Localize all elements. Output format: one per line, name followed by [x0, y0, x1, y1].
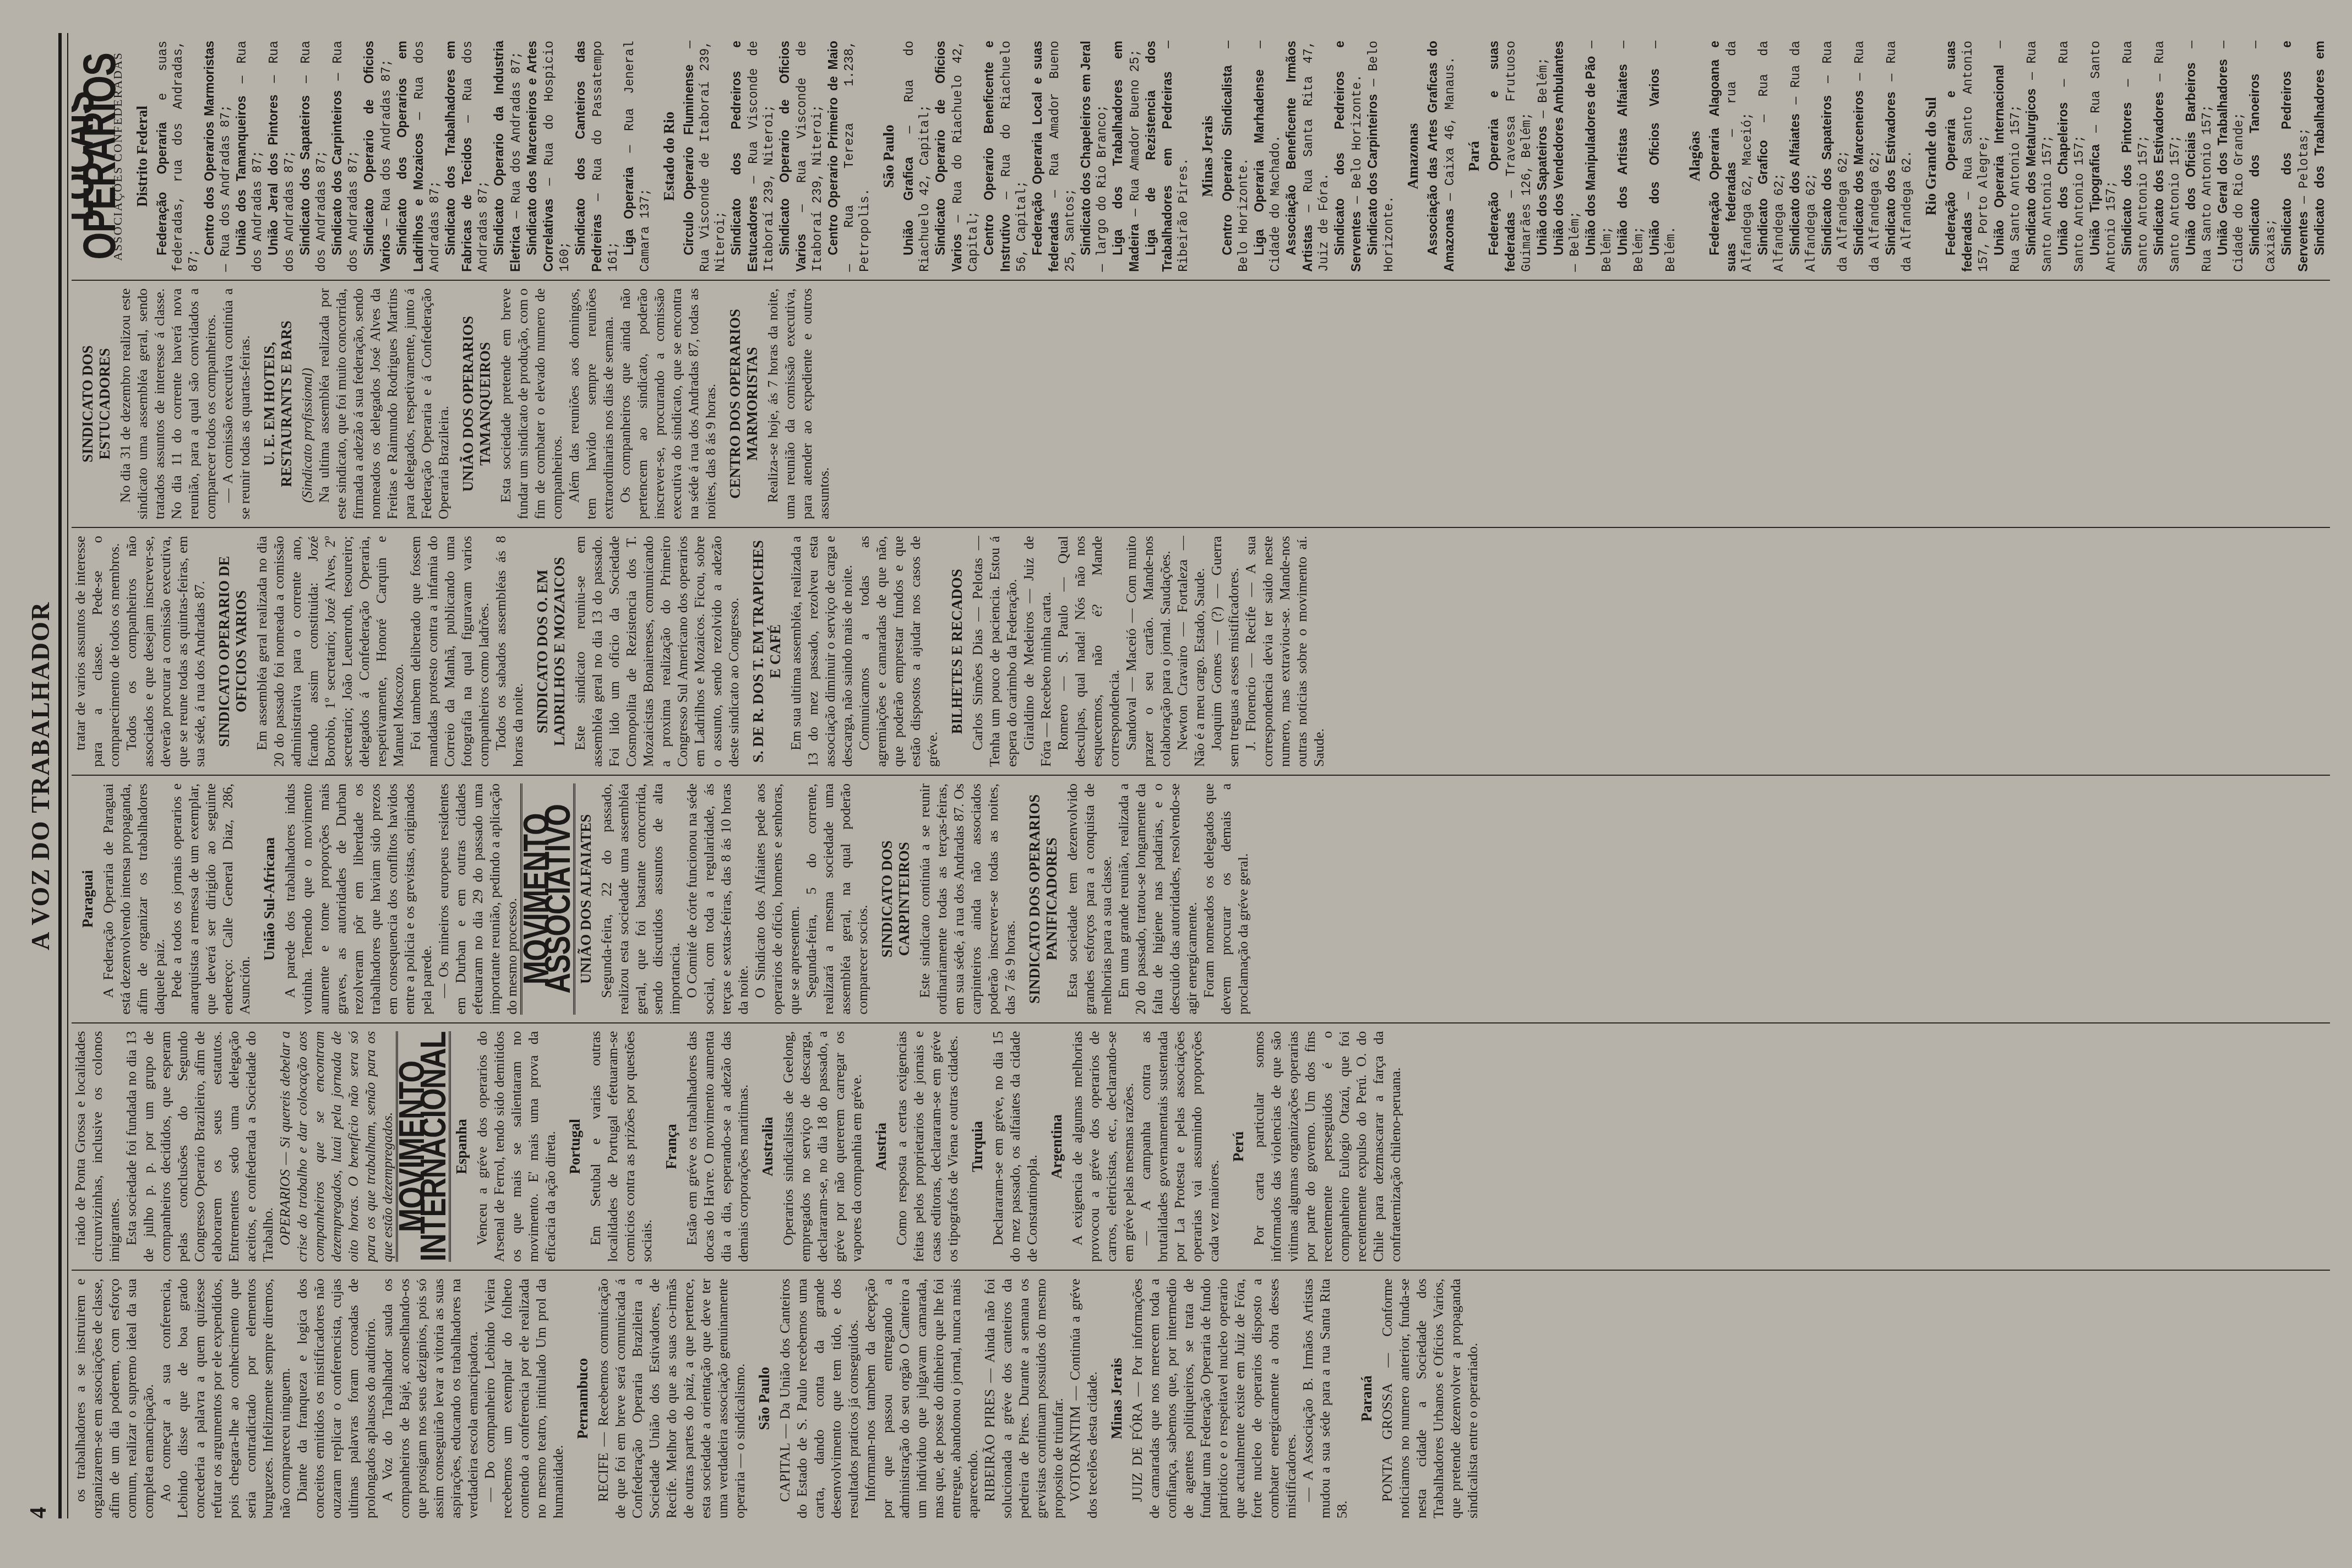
- association-name: Sindicato dos Tanoeiros: [2247, 74, 2262, 255]
- article-paragraph: JUIZ DE FÓRA — Por informações de camara…: [1129, 1278, 1299, 1518]
- section-heading: União Sul-Africana: [261, 783, 278, 1015]
- article-paragraph: Operarios sindicalistas de Geelong, empr…: [780, 1031, 865, 1262]
- section-heading: Turquia: [969, 1031, 986, 1262]
- association-entry: Sindicato dos Metalurgicos — Rua Santo A…: [2023, 41, 2055, 272]
- article-paragraph: Este sindicato reuniu-se em assembléa ge…: [571, 536, 742, 767]
- association-name: Liga Operaria Marhadense: [1252, 69, 1266, 255]
- article-paragraph: Comunicamos a todas as agremiações e cam…: [856, 536, 941, 767]
- article-paragraph: RECIFE — Recebemos comunicação de que fo…: [595, 1278, 748, 1518]
- section-heading: Austria: [873, 1031, 890, 1262]
- association-name: Circulo Operario Fluminense: [682, 64, 696, 255]
- association-entry: Federação Operaria e suas federadas, rua…: [154, 41, 202, 272]
- article-paragraph: A Voz do Trabalhador sauda os companheir…: [379, 1278, 481, 1518]
- article-paragraph: Estão em gréve os trabalhadores das doca…: [683, 1031, 752, 1262]
- association-entry: Liga de Rezistencia dos Trabalhadores em…: [1143, 41, 1191, 272]
- column-3: ParaguaiA Federação Operaria de Paraguai…: [72, 776, 2330, 1023]
- section-heading: Pernambuco: [574, 1278, 591, 1518]
- association-entry: Sindicato dos Estivadores — Rua da Alfan…: [1883, 41, 1915, 272]
- association-name: Sindicato dos Sapateiros: [1820, 95, 1834, 255]
- section-heading: Alagôas: [1686, 41, 1703, 272]
- association-entry: União Grafica — Rua do Riachuelo 42, Cap…: [901, 41, 933, 272]
- article-paragraph: Diante da franqueza e logica dos conceit…: [293, 1278, 379, 1518]
- article-paragraph: Segunda-feira, 22 do passado, realizou e…: [598, 783, 683, 1015]
- association-name: Federação Operaria: [155, 122, 169, 255]
- association-entry: Sindicato dos Marceneiros — Rua da Alfan…: [1851, 41, 1883, 272]
- association-name: Sindicato dos Metalurgicos: [2024, 89, 2038, 255]
- association-entry: Federação Operaria e suas federadas — Ru…: [1943, 41, 1991, 272]
- association-entry: Liga Operaria Marhadense — Cidade do Mac…: [1251, 41, 1283, 272]
- columns: os trabalhadores a se instruirem e organ…: [72, 33, 2330, 1518]
- association-address: — Rua Tereza 1.238, Petropolis.: [842, 41, 872, 272]
- association-entry: Sindicato dos Alfaiates — Rua da Alfande…: [1787, 41, 1819, 272]
- association-name: União Geral dos Trabalhadores: [2215, 59, 2230, 255]
- section-heading: São Paulo: [756, 1278, 773, 1518]
- article-paragraph: Giraldino de Medeiros — Juiz de Fóra — R…: [1020, 536, 1054, 767]
- association-name: Centro Operario Primeiro de Maio: [826, 41, 840, 255]
- article-paragraph: Newton Cravairo — Fortaleza — Não é a me…: [1174, 536, 1208, 767]
- association-name: União dos Manipuladores de Pão: [1583, 56, 1598, 255]
- association-entry: União dos Manipuladores de Pão — Belém;: [1583, 41, 1615, 272]
- association-entry: Liga Operaria — Rua Jeneral Camara 137;: [621, 41, 653, 272]
- page-inner: 4 A VOZ DO TRABALHADOR os trabalhadores …: [22, 33, 2330, 1518]
- article-paragraph: Segunda-feira, 5 do corrente, realizará …: [803, 783, 871, 1015]
- section-heading: Rio Grande do Sul: [1923, 41, 1940, 272]
- column-4: tratar de varios assuntos de interesse p…: [72, 528, 2330, 776]
- association-entry: Sindicato dos Pedreiros e Serventes — Pe…: [2279, 41, 2312, 272]
- association-entry: Sindicato dos Pedreiros e Estucadores — …: [728, 41, 777, 272]
- article-paragraph: Esta sociedade tem dezenvolvido grandes …: [1064, 783, 1115, 1015]
- association-entry: Centro dos Operarios Marmoristas — Rua d…: [202, 41, 233, 272]
- association-entry: Associação Beneficente Irmãos Artistas —…: [1283, 41, 1332, 272]
- article-paragraph: Sandoval — Maceió — Com muito prazer o s…: [1123, 536, 1174, 767]
- association-name: Liga Operaria: [622, 167, 636, 255]
- association-name: União dos Tamanqueiros: [234, 96, 248, 255]
- association-entry: Sindicato dos Carpinteiros — Rua dos And…: [329, 41, 361, 272]
- association-name: União Tipografica: [2088, 144, 2102, 255]
- article-paragraph: A parede dos trabalhadores indus votinha…: [281, 783, 435, 1015]
- association-entry: União Operaria Internacional — Rua Santo…: [1991, 41, 2023, 272]
- column-5: SINDICATO DOS ESTUCADORESNo dia 31 de de…: [72, 281, 2330, 529]
- article-paragraph: Carlos Simões Dias — Pelotas — Tenha um …: [969, 536, 1020, 767]
- article-paragraph: PONTA GROSSA — Conforme noticiamos no nu…: [1379, 1278, 1481, 1518]
- article-paragraph: Foi tambem deliberado que fossem mandada…: [407, 536, 492, 767]
- association-entry: Sindicato dos Sapateiros — Rua da Alfand…: [1819, 41, 1851, 272]
- association-name: União Operaria Internacional: [1992, 65, 2006, 255]
- section-heading: Estado do Rio: [661, 41, 678, 272]
- association-address: — Belém;: [1568, 211, 1582, 271]
- section-heading: Minas Jerais: [1108, 1278, 1125, 1518]
- section-heading: U. E. EM HOTEIS, RESTAURANTS E BARS: [261, 288, 295, 520]
- association-name: União dos Artistas Alfaiates: [1615, 64, 1630, 255]
- page-number: 4: [25, 1507, 52, 1518]
- association-entry: Sindicato dos Trabalhadores em Cortume —…: [2312, 41, 2330, 272]
- association-name: União Grafica: [901, 157, 916, 255]
- association-entry: Liga dos Trabalhadores em Madeira — Rua …: [1110, 41, 1143, 272]
- article-paragraph: Foram nomeados os delegados que devem pr…: [1200, 783, 1251, 1015]
- association-name: Liga de Rezistencia dos Trabalhadores em…: [1144, 41, 1174, 272]
- section-heading: SINDICATO DOS OPERARIOS PANIFICADORES: [1026, 783, 1060, 1015]
- association-entry: Associação das Artes Graficas do Amazona…: [1425, 41, 1458, 272]
- section-heading: Perú: [1230, 1031, 1247, 1262]
- association-entry: Sindicato dos Pedreiros e Serventes — Be…: [1332, 41, 1365, 272]
- article-paragraph: J. Florencio — Recife — A sua correspond…: [1242, 536, 1327, 767]
- article-paragraph: tratar de varios assuntos de interesse p…: [72, 536, 123, 767]
- article-paragraph: — A Associação B. Irmãos Artistas mudou …: [1299, 1278, 1351, 1518]
- association-entry: Sindicato dos Estivadores — Rua Santo An…: [2151, 41, 2183, 272]
- association-entry: Sindicato Grafico — Rua da Alfandega 62;: [1755, 41, 1787, 272]
- association-address: — Belo Horizonte.: [1350, 74, 1364, 211]
- association-entry: Centro Operario Primeiro de Maio — Rua T…: [825, 41, 873, 272]
- article-paragraph: OPERARIOS — Si quereis debelar a crise d…: [276, 1031, 396, 1262]
- association-address: — Rua dos Andradas 87;: [509, 51, 524, 226]
- section-heading: França: [663, 1031, 680, 1262]
- association-name: Sindicato dos Pintores: [2120, 102, 2134, 255]
- association-entry: União dos Artistas Alfaiates — Belém;: [1615, 41, 1647, 272]
- association-address: — largo do Rio Branco;: [1095, 105, 1109, 272]
- section-heading: Paraná: [1358, 1278, 1375, 1518]
- association-entry: Sindicato Operario de Oficios Varios — R…: [933, 41, 981, 272]
- association-name: União dos Chapeleiros: [2056, 102, 2070, 255]
- association-address: — Rua Amador Bueno 25;: [1128, 49, 1142, 224]
- article-paragraph: Venceu a gréve dos operarios do Arsenal …: [473, 1031, 559, 1262]
- section-heading: SINDICATO DOS ESTUCADORES: [79, 288, 113, 520]
- section-banner: MOVIMENTO ASSOCIATIVO: [520, 783, 575, 1015]
- association-entry: Sindicato dos Tanoeiros — Caxias;: [2247, 41, 2279, 272]
- association-name: União dos Vendedores Ambulantes: [1551, 41, 1566, 255]
- section-heading: UNIÃO DOS OPERARIOS TAMANQUEIROS: [460, 288, 494, 520]
- article-paragraph: Em assembléa geral realizada no dia 20 d…: [253, 536, 407, 767]
- association-entry: Sindicato dos Pintores — Rua Santo Anton…: [2119, 41, 2151, 272]
- article-paragraph: Em sua ultima assembléa, realizada a 13 …: [787, 536, 856, 767]
- section-heading: SINDICATO DOS O. EM LADRILHOS E MOZAICOS: [534, 536, 568, 767]
- section-heading: S. DE R. DOS T. EM TRAPICHES E CAFÉ: [750, 536, 784, 767]
- association-entry: União Tipografica — Rua Santo Antonio 15…: [2087, 41, 2119, 272]
- article-paragraph: Todos os companheiros não associados e q…: [123, 536, 208, 767]
- section-heading: Portugal: [567, 1031, 584, 1262]
- article-paragraph: Além das reuniões aos domingos, tem havi…: [565, 288, 617, 520]
- article-paragraph: Joaquim Gomes — (?) — Guerra sem treguas…: [1208, 536, 1242, 767]
- article-paragraph: Por carta particular somos informados da…: [1250, 1031, 1404, 1262]
- association-name: Sindicato dos Carpinteiros: [330, 90, 344, 255]
- article-paragraph: Realiza-se hoje, ás 7 horas da noite, um…: [764, 288, 832, 520]
- article-paragraph: No dia 31 de dezembro realizou este sind…: [117, 288, 219, 520]
- association-address: — Belém;: [1536, 57, 1550, 126]
- masthead-title: A VOZ DO TRABALHADOR: [26, 601, 55, 950]
- association-entry: Circulo Operario Fluminense — Rua Viscon…: [681, 41, 728, 272]
- association-entry: Sindicato dos Carpinteiros — Belo Horizo…: [1365, 41, 1397, 272]
- article-paragraph: O Comité de córte funcionou na séde soci…: [683, 783, 752, 1015]
- article-paragraph: Romero — S. Paulo — Qual desculpas, qual…: [1054, 536, 1123, 767]
- section-heading: São Paulo: [880, 41, 897, 272]
- article-paragraph: VOTORANTIM — Continúa a gréve dos tecelõ…: [1066, 1278, 1101, 1518]
- association-entry: União Jeral dos Pintores — Rua dos Andra…: [265, 41, 297, 272]
- association-entry: Sindicato Operario de Oficios Varios — R…: [777, 41, 825, 272]
- article-paragraph: (Sindicato profissional): [298, 288, 315, 520]
- column-1: os trabalhadores a se instruirem e organ…: [72, 1271, 2330, 1518]
- association-name: Sindicato Grafico: [1756, 140, 1770, 255]
- association-name: Sindicato dos Estivadores: [1883, 91, 1898, 255]
- association-entry: Centro Operario Sindicalista — Belo Hori…: [1219, 41, 1251, 272]
- association-entry: Federação Operaria e suas federadas — Tr…: [1486, 41, 1534, 272]
- article-paragraph: A Federação Operaria de Paraguai está de…: [100, 783, 168, 1015]
- section-heading: Paraguai: [79, 783, 96, 1015]
- association-entry: Sindicato dos Trabalhadores em Fabricas …: [443, 41, 491, 272]
- column-6: LOCAIS OPERARIOSASSOCIAÇÕES CONFEDERADAS…: [72, 33, 2330, 281]
- association-entry: União dos Vendedores Ambulantes — Belém;: [1551, 41, 1583, 272]
- association-name: Centro Operario Sindicalista: [1220, 66, 1234, 255]
- section-heading: UNIÃO DOS ALFAIATES: [578, 783, 595, 1015]
- association-entry: Sindicato dos Sapateiros — Rua dos Andra…: [297, 41, 329, 272]
- article-paragraph: Todos os sabados assembléas ás 8 horas d…: [492, 536, 526, 767]
- section-banner: MOVIMENTO INTERNACIONAL: [396, 1031, 451, 1262]
- association-name: União dos Sapateiros: [1535, 126, 1549, 255]
- running-head: 4 A VOZ DO TRABALHADOR: [22, 33, 55, 1518]
- section-heading: Pará: [1466, 41, 1483, 272]
- article-paragraph: Os companheiros que ainda não pertencem …: [617, 288, 719, 520]
- section-heading: BILHETES E RECADOS: [949, 536, 966, 767]
- association-name: União dos Oficios Varios: [1647, 68, 1662, 255]
- association-entry: Federação Operaria Local e suas federada…: [1030, 41, 1078, 272]
- article-paragraph: Como resposta a certas exigencias feitas…: [893, 1031, 961, 1262]
- association-entry: Sindicato dos Canteiros das Pedreiras — …: [573, 41, 621, 272]
- newspaper-page: 4 A VOZ DO TRABALHADOR os trabalhadores …: [0, 0, 2352, 1568]
- article-paragraph: — Os mineiros europeus residentes em Dur…: [435, 783, 520, 1015]
- association-address: — Rua dos Andradas 87;: [219, 105, 233, 272]
- section-heading: Minas Jerais: [1199, 41, 1216, 272]
- article-paragraph: riado de Ponta Grossa e localidades circ…: [72, 1031, 123, 1262]
- association-name: Sindicato dos Marceneiros: [1852, 90, 1866, 255]
- section-heading: SINDICATO DOS CARPINTEIROS: [879, 783, 913, 1015]
- association-entry: Sindicato Operario da Industria Eletrica…: [491, 41, 524, 272]
- article-paragraph: Em Setubal e varias outras localidades d…: [587, 1031, 655, 1262]
- association-entry: Sindicato dos Chapeleiros em Jeral — lar…: [1078, 41, 1110, 272]
- association-name: Sindicato dos Carpinteiros: [1365, 94, 1380, 255]
- article-paragraph: RIBEIRÃO PIRES — Ainda não foi soluciona…: [981, 1278, 1066, 1518]
- article-paragraph: A exigencia de algumas melhorias provoco…: [1069, 1031, 1137, 1262]
- article-paragraph: Esta sociedade foi fundada no dia 13 de …: [123, 1031, 276, 1262]
- article-paragraph: O Sindicato dos Alfaiates pede aos opera…: [752, 783, 803, 1015]
- association-name: União Jeral dos Pintores: [266, 95, 280, 255]
- article-paragraph: — A campanha contra as brutalidades gove…: [1137, 1031, 1222, 1262]
- section-heading: SINDICATO OPERARIO DE OFICIOS VARIOS: [216, 536, 250, 767]
- association-entry: União dos Chapeleiros — Rua Santo Antoni…: [2055, 41, 2087, 272]
- article-paragraph: CAPITAL — Da União dos Canteiros do Esta…: [776, 1278, 862, 1518]
- association-address: — Caixa 46, Manaus.: [1443, 57, 1457, 209]
- association-name: Sindicato dos Trabalhadores em Cortume: [2312, 41, 2330, 272]
- association-name: Centro dos Operarios Marmoristas: [202, 41, 216, 255]
- article-paragraph: Na ultima assembléa realizada por este s…: [315, 288, 452, 520]
- association-entry: União Geral dos Trabalhadores — Cidade d…: [2215, 41, 2247, 272]
- association-name: Sindicato dos Estivadores: [2152, 91, 2166, 255]
- association-address: — Rua dos Andradas 87;: [379, 59, 394, 233]
- association-entry: Sindicato Operario de Oficios Varios — R…: [361, 41, 394, 272]
- article-paragraph: — Do companheiro Lebindo Vieira recebemo…: [481, 1278, 567, 1518]
- association-entry: União dos Sapateiros — Belém;: [1534, 41, 1551, 272]
- association-name: Sindicato dos Alfaiates: [1788, 113, 1802, 255]
- section-heading: Argentina: [1048, 1031, 1065, 1262]
- section-heading: CENTRO DOS OPERARIOS MARMORISTAS: [727, 288, 761, 520]
- association-entry: União dos Oficiais Barbeiros — Rua Santo…: [2183, 41, 2215, 272]
- article-paragraph: Declararam-se em gréve, no dia 15 do mez…: [989, 1031, 1041, 1262]
- article-paragraph: Informam-nos tambem da decepção por que …: [862, 1278, 981, 1518]
- association-entry: Sindicato dos Marceneiros e Artes Correl…: [524, 41, 573, 272]
- association-name: União dos Oficiais Barbeiros: [2184, 63, 2198, 255]
- article-paragraph: Este sindicato continúa a se reunir ordi…: [916, 783, 1019, 1015]
- locais-operarios-title: LOCAIS OPERARIOS: [72, 41, 111, 272]
- article-paragraph: — A comissão executiva continúa a se reu…: [219, 288, 253, 520]
- section-heading: Espanha: [453, 1031, 470, 1262]
- association-name: Sindicato dos Chapeleiros em Jeral: [1079, 41, 1093, 255]
- association-entry: Federação Operaria Alagoana e suas feder…: [1707, 41, 1755, 272]
- column-2: riado de Ponta Grossa e localidades circ…: [72, 1023, 2330, 1271]
- association-entry: União dos Tamanqueiros — Rua dos Andrada…: [233, 41, 265, 272]
- association-address: — Pelotas;: [2297, 128, 2311, 211]
- article-paragraph: Em uma grande reunião, realizada a 20 do…: [1115, 783, 1200, 1015]
- article-paragraph: os trabalhadores a se instruirem e organ…: [72, 1278, 157, 1518]
- section-heading: Australia: [759, 1031, 776, 1262]
- section-heading: Distrito Federal: [134, 41, 151, 272]
- association-entry: Sindicato dos Operarios em Ladrilhos e M…: [394, 41, 443, 272]
- header-rule: [58, 33, 68, 1518]
- article-paragraph: Ao começar a sua conferencia, Lebindo di…: [157, 1278, 293, 1518]
- association-entry: Centro Operario Beneficente e Instrutivo…: [981, 41, 1030, 272]
- association-entry: União dos Oficios Varios — Belém.: [1647, 41, 1679, 272]
- article-paragraph: Esta sociedade pretende em breve fundar …: [497, 288, 565, 520]
- section-heading: Amazonas: [1404, 41, 1422, 272]
- association-name: Sindicato dos Sapateiros: [298, 95, 312, 255]
- article-paragraph: Pede a todos os jornais operarios e anar…: [168, 783, 253, 1015]
